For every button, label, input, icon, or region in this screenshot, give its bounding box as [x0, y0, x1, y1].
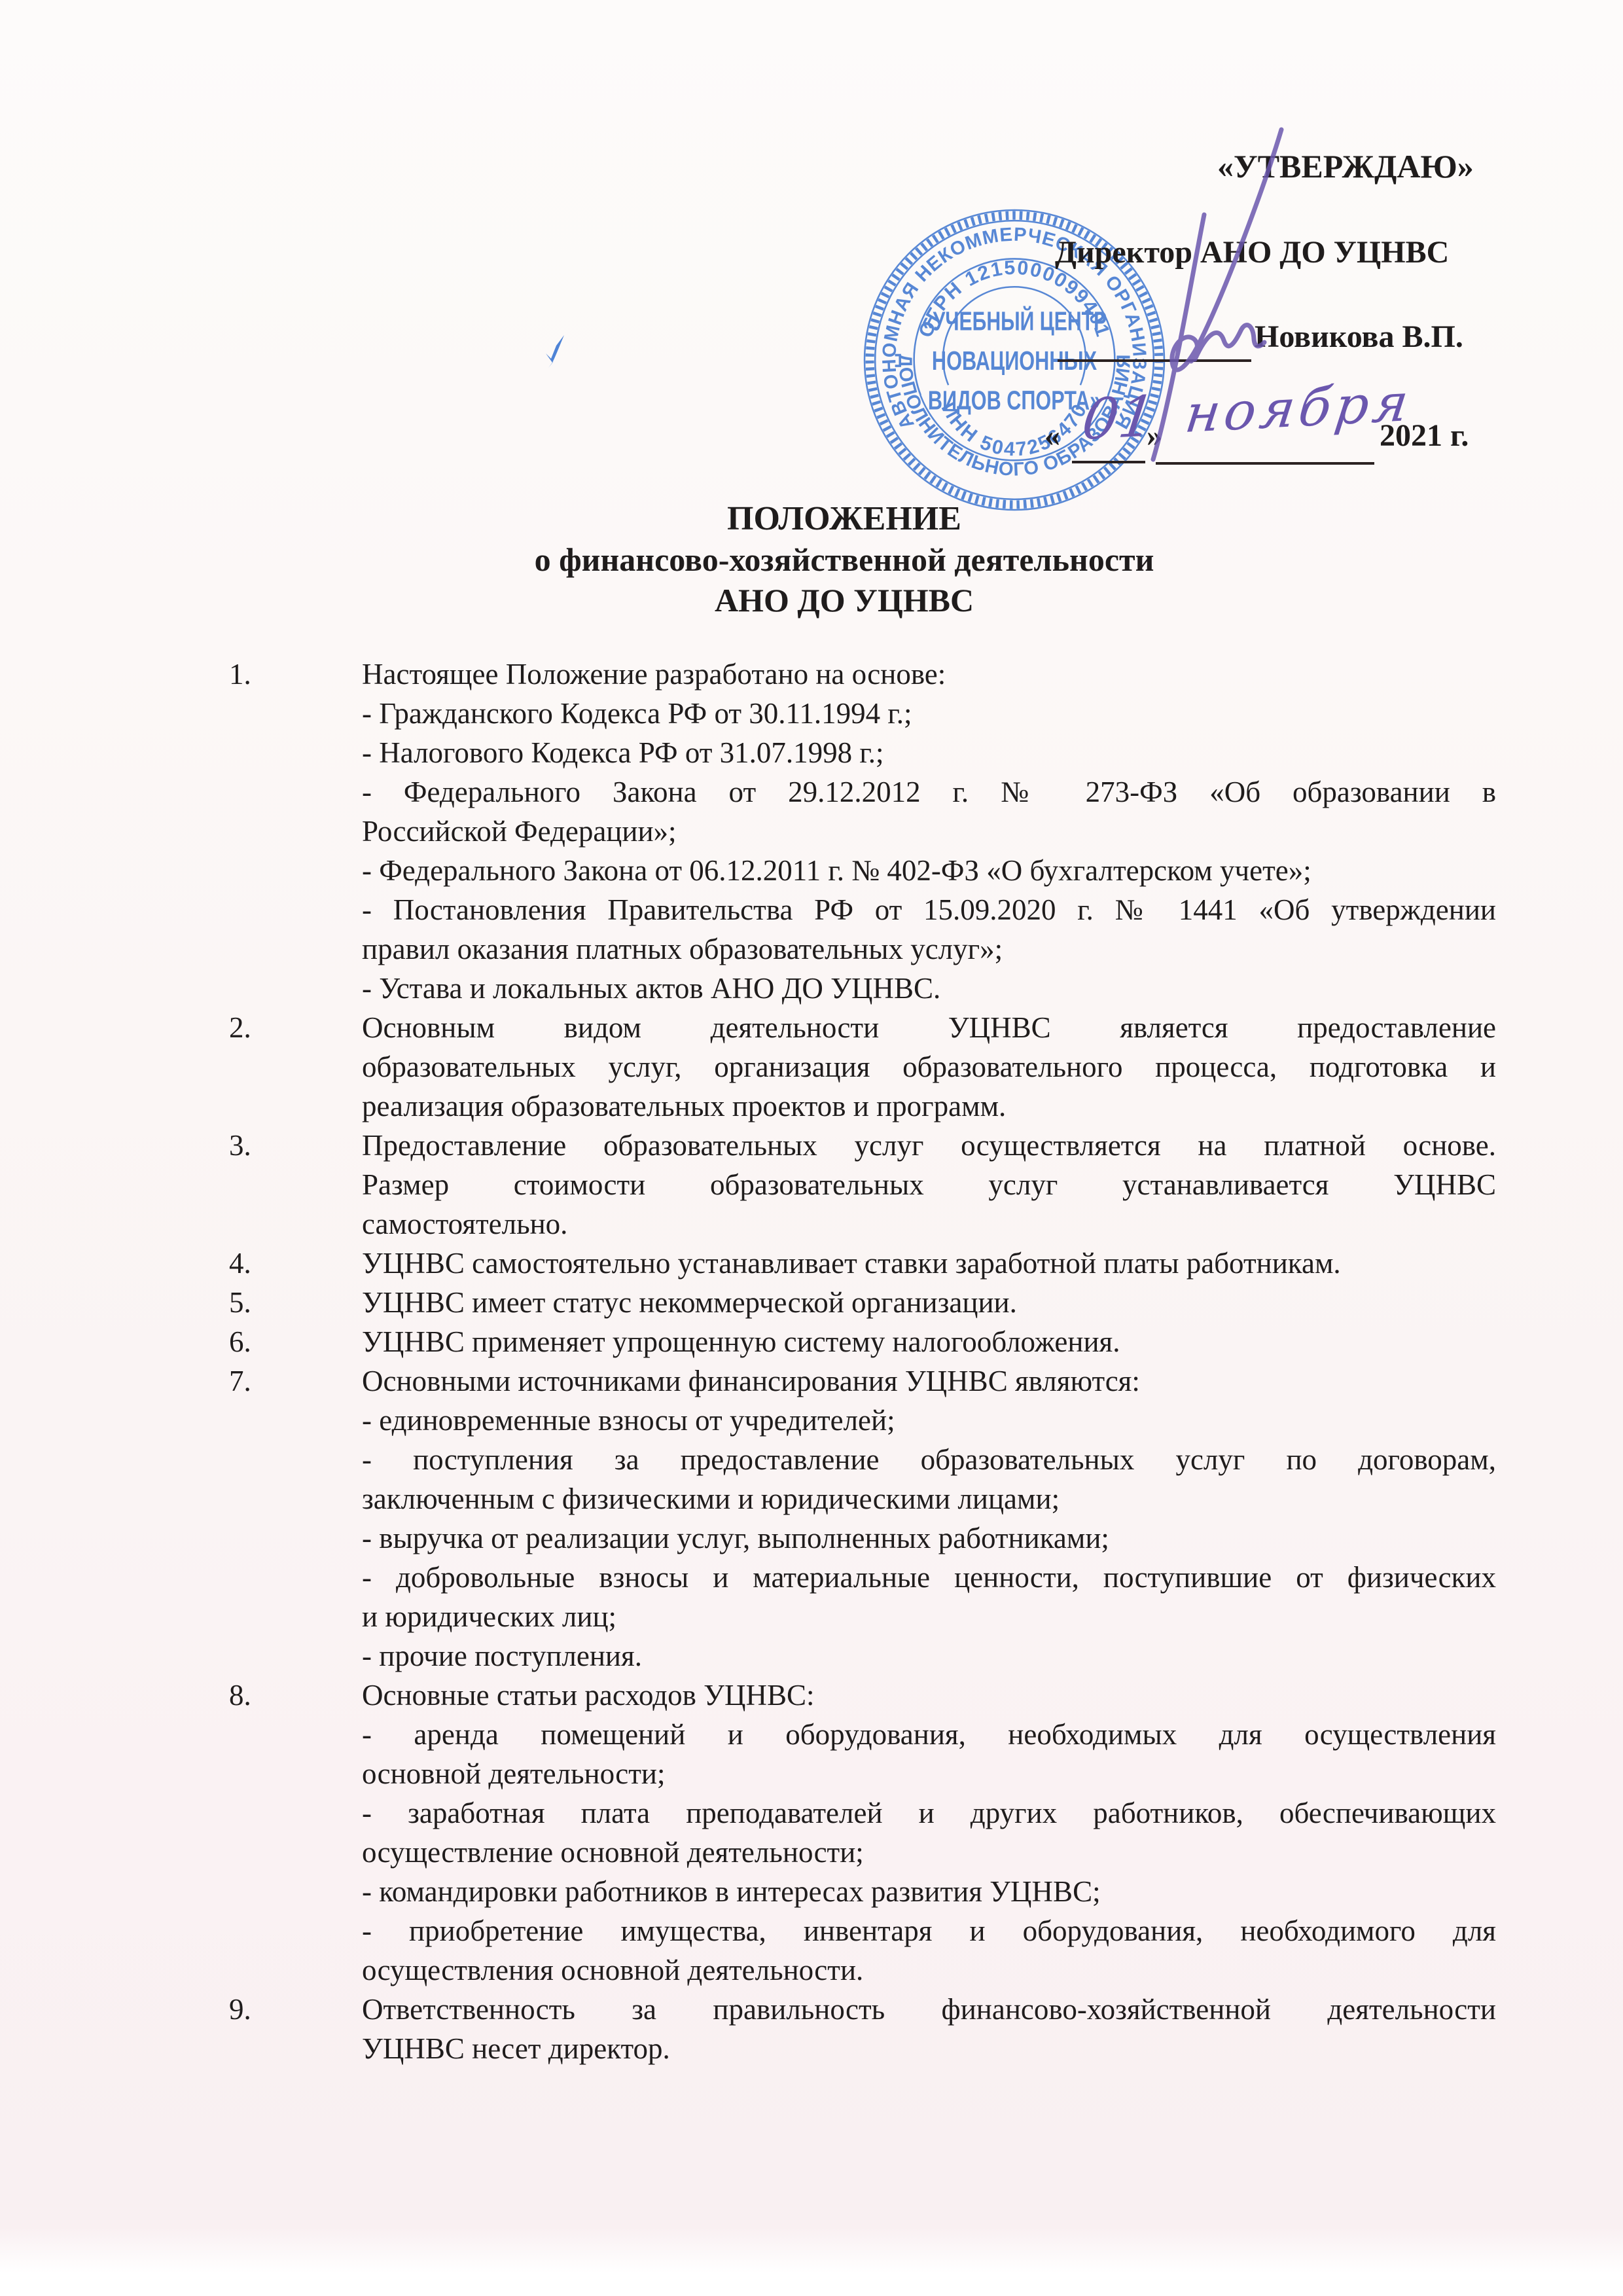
list-item-line: - Федерального Закона от 29.12.2012 г. №…	[362, 772, 1496, 812]
list-item-line: Основным видом деятельности УЦНВС являет…	[362, 1008, 1496, 1047]
list-item-line: осуществление основной деятельности;	[362, 1833, 1496, 1872]
list-item-line: реализация образовательных проектов и пр…	[362, 1086, 1496, 1126]
list-item-line: - Гражданского Кодекса РФ от 30.11.1994 …	[362, 694, 1496, 733]
list-item-line: - заработная плата преподавателей и друг…	[362, 1793, 1496, 1833]
list-item-line: Предоставление образовательных услуг осу…	[362, 1126, 1496, 1165]
list-item-line: - приобретение имущества, инвентаря и об…	[362, 1911, 1496, 1950]
list-item: 2.Основным видом деятельности УЦНВС явля…	[362, 1008, 1496, 1126]
date-close-quote: »	[1147, 418, 1162, 454]
list-item-line: - командировки работников в интересах ра…	[362, 1872, 1496, 1911]
list-item-number: 8.	[229, 1676, 334, 1715]
list-item-line: УЦНВС самостоятельно устанавливает ставк…	[362, 1244, 1496, 1283]
list-item-line: - Федерального Закона от 06.12.2011 г. №…	[362, 851, 1496, 890]
list-item-line: - Налогового Кодекса РФ от 31.07.1998 г.…	[362, 733, 1496, 772]
list-item: 7.Основными источниками финансирования У…	[362, 1361, 1496, 1676]
day-underline	[1072, 461, 1145, 463]
list-item: 3.Предоставление образовательных услуг о…	[362, 1126, 1496, 1244]
list-item-number: 5.	[229, 1283, 334, 1322]
list-item-line: - единовременные взносы от учредителей;	[362, 1401, 1496, 1440]
list-item-line: образовательных услуг, организация образ…	[362, 1047, 1496, 1086]
list-item-line: УЦНВС применяет упрощенную систему налог…	[362, 1322, 1496, 1361]
list-item-line: - прочие поступления.	[362, 1636, 1496, 1676]
list-item: 8.Основные статьи расходов УЦНВС:- аренд…	[362, 1676, 1496, 1990]
list-item-line: Ответственность за правильность финансов…	[362, 1990, 1496, 2029]
list-item-number: 3.	[229, 1126, 334, 1165]
list-item: 6.УЦНВС применяет упрощенную систему нал…	[362, 1322, 1496, 1361]
list-item-line: УЦНВС имеет статус некоммерческой органи…	[362, 1283, 1496, 1322]
list-item-line: Размер стоимости образовательных услуг у…	[362, 1165, 1496, 1204]
list-item-line: УЦНВС несет директор.	[362, 2029, 1496, 2068]
list-item-line: самостоятельно.	[362, 1204, 1496, 1244]
list-item-number: 6.	[229, 1322, 334, 1361]
list-item-number: 7.	[229, 1361, 334, 1401]
list-item-line: заключенным с физическими и юридическими…	[362, 1479, 1496, 1518]
doc-title-line2: о финансово-хозяйственной деятельности	[196, 539, 1492, 580]
stamp-center-line1: «УЧЕБНЫЙ ЦЕНТР	[922, 306, 1107, 336]
list-item-number: 1.	[229, 655, 334, 694]
list-item: 9.Ответственность за правильность финанс…	[362, 1990, 1496, 2068]
date-year: 2021 г.	[1380, 418, 1469, 454]
approver-name: Новикова В.П.	[1255, 319, 1463, 355]
stamp-center-line3: ВИДОВ СПОРТА»	[928, 386, 1101, 416]
list-item-line: Основными источниками финансирования УЦН…	[362, 1361, 1496, 1401]
list-item-line: осуществления основной деятельности.	[362, 1950, 1496, 1990]
list-item-line: основной деятельности;	[362, 1754, 1496, 1793]
list-item-line: - выручка от реализации услуг, выполненн…	[362, 1518, 1496, 1558]
doc-title-line1: ПОЛОЖЕНИЕ	[196, 499, 1492, 539]
document-page: АВТОНОМНАЯ НЕКОММЕРЧЕСКАЯ ОРГАНИЗАЦИЯ ДО…	[0, 0, 1623, 2296]
date-open-quote: «	[1044, 418, 1060, 454]
signature-line	[1058, 359, 1251, 362]
ink-smudge-mark	[537, 332, 568, 372]
approval-label: «УТВЕРЖДАЮ»	[1217, 147, 1474, 185]
list-item-number: 4.	[229, 1244, 334, 1283]
list-item-line: - Постановления Правительства РФ от 15.0…	[362, 890, 1496, 929]
numbered-list: 1.Настоящее Положение разработано на осн…	[362, 655, 1496, 2068]
list-item-line: Основные статьи расходов УЦНВС:	[362, 1676, 1496, 1715]
list-item: 1.Настоящее Положение разработано на осн…	[362, 655, 1496, 1008]
list-item-line: - Устава и локальных актов АНО ДО УЦНВС.	[362, 969, 1496, 1008]
list-item: 4.УЦНВС самостоятельно устанавливает ста…	[362, 1244, 1496, 1283]
title-block: ПОЛОЖЕНИЕ о финансово-хозяйственной деят…	[196, 499, 1492, 620]
list-item: 5.УЦНВС имеет статус некоммерческой орга…	[362, 1283, 1496, 1322]
approver-title: Директор АНО ДО УЦНВС	[1055, 234, 1449, 270]
list-item-line: и юридических лиц;	[362, 1597, 1496, 1636]
list-item-line: правил оказания платных образовательных …	[362, 929, 1496, 969]
list-item-line: - поступления за предоставление образова…	[362, 1440, 1496, 1479]
doc-title-line3: АНО ДО УЦНВС	[196, 580, 1492, 620]
month-underline	[1156, 462, 1374, 465]
list-item-line: Настоящее Положение разработано на основ…	[362, 655, 1496, 694]
list-item-line: - аренда помещений и оборудования, необх…	[362, 1715, 1496, 1754]
list-item-number: 2.	[229, 1008, 334, 1047]
list-item-number: 9.	[229, 1990, 334, 2029]
list-item-line: - добровольные взносы и материальные цен…	[362, 1558, 1496, 1597]
list-item-line: Российской Федерации»;	[362, 812, 1496, 851]
